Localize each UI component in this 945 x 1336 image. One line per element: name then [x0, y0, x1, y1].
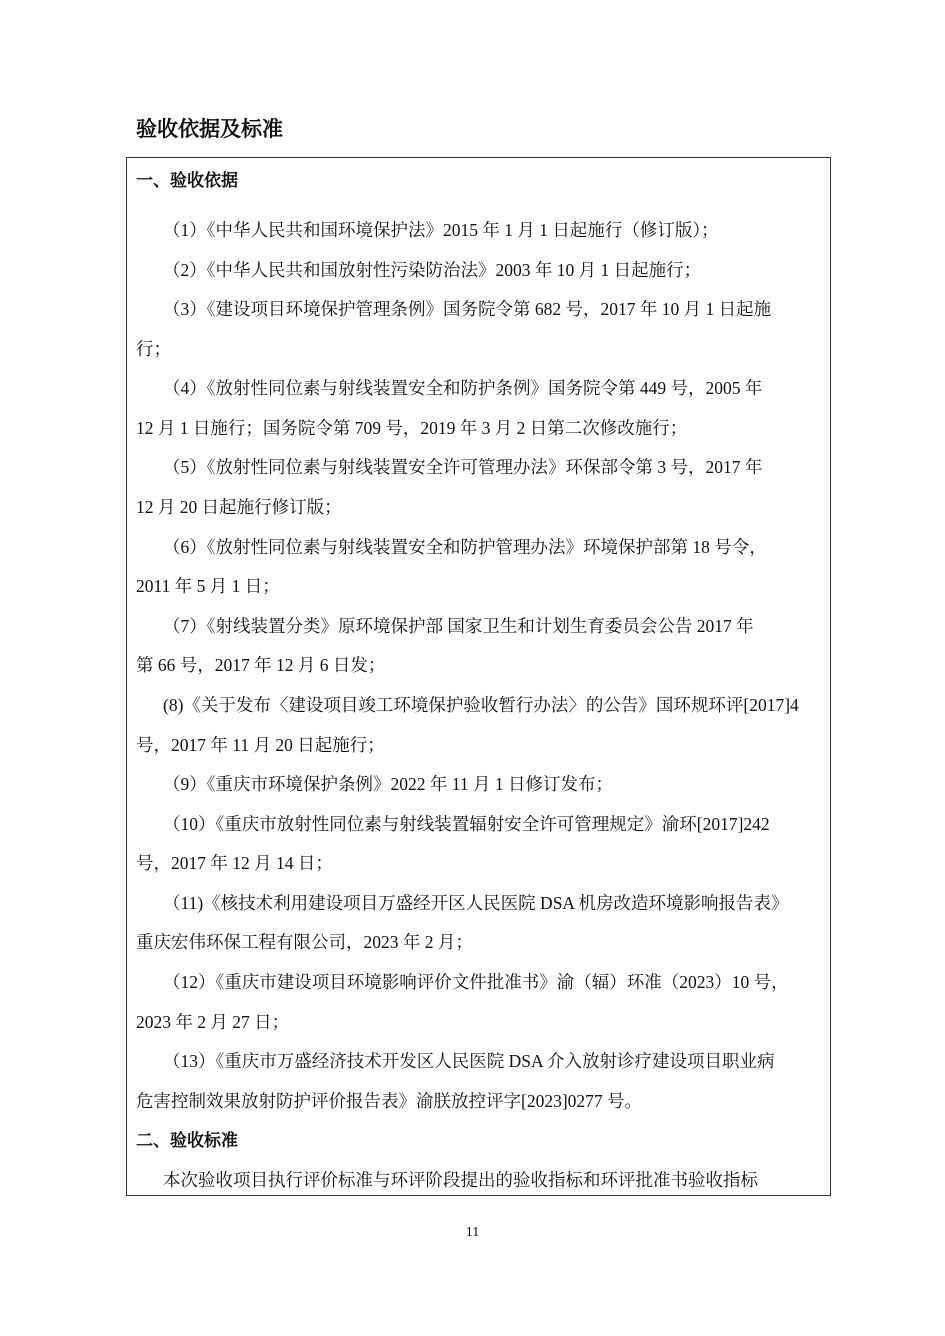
page-title: 验收依据及标准 [136, 113, 283, 143]
list-item: （4）《放射性同位素与射线装置安全和防护条例》国务院令第 449 号，2005 … [163, 380, 762, 398]
list-item-cont: 重庆宏伟环保工程有限公司，2023 年 2 月； [136, 934, 473, 952]
list-item: （9）《重庆市环境保护条例》2022 年 11 月 1 日修订发布； [163, 776, 613, 794]
list-item: （2）《中华人民共和国放射性污染防治法》2003 年 10 月 1 日起施行； [163, 262, 701, 280]
list-item: （11)《核技术利用建设项目万盛经开区人民医院 DSA 机房改造环境影响报告表》 [163, 895, 788, 913]
list-item: （6）《放射性同位素与射线装置安全和防护管理办法》环境保护部第 18 号令， [163, 539, 767, 557]
page-number: 11 [0, 1225, 945, 1241]
list-item: （3）《建设项目环境保护管理条例》国务院令第 682 号，2017 年 10 月… [163, 301, 771, 319]
list-item-cont: 12 月 1 日施行；国务院令第 709 号，2019 年 3 月 2 日第二次… [136, 420, 687, 438]
list-item: （5）《放射性同位素与射线装置安全许可管理办法》环保部令第 3 号，2017 年 [163, 459, 762, 477]
list-item-cont: 2011 年 5 月 1 日； [136, 578, 280, 596]
paragraph: 本次验收项目执行评价标准与环评阶段提出的验收指标和环评批准书验收指标 [163, 1172, 758, 1190]
list-item-cont: 第 66 号，2017 年 12 月 6 日发； [136, 657, 385, 675]
list-item-cont: 12 月 20 日起施行修订版； [136, 499, 342, 517]
list-item: （1）《中华人民共和国环境保护法》2015 年 1 月 1 日起施行（修订版）； [163, 222, 719, 240]
list-item-cont: 号，2017 年 12 月 14 日； [136, 855, 333, 873]
list-item: （7）《射线装置分类》原环境保护部 国家卫生和计划生育委员会公告 2017 年 [163, 618, 754, 636]
section-heading: 二、验收标准 [136, 1133, 238, 1150]
list-item: （13）《重庆市万盛经济技术开发区人民医院 DSA 介入放射诊疗建设项目职业病 [163, 1053, 775, 1071]
list-item-cont: 2023 年 2 月 27 日； [136, 1014, 289, 1032]
list-item: (8)《关于发布〈建设项目竣工环境保护验收暂行办法〉的公告》国环规环评[2017… [163, 697, 799, 715]
list-item-cont: 危害控制效果放射防护评价报告表》渝朕放控评字[2023]0277 号。 [136, 1093, 642, 1111]
list-item: （10）《重庆市放射性同位素与射线装置辐射安全许可管理规定》渝环[2017]24… [163, 816, 770, 834]
content-box: 一、验收依据 （1）《中华人民共和国环境保护法》2015 年 1 月 1 日起施… [126, 157, 831, 1196]
section-heading: 一、验收依据 [136, 173, 238, 190]
list-item-cont: 号，2017 年 11 月 20 日起施行； [136, 737, 385, 755]
list-item: （12）《重庆市建设项目环境影响评价文件批准书》渝（辐）环准（2023）10 号… [163, 974, 789, 992]
list-item-cont: 行； [136, 341, 171, 359]
